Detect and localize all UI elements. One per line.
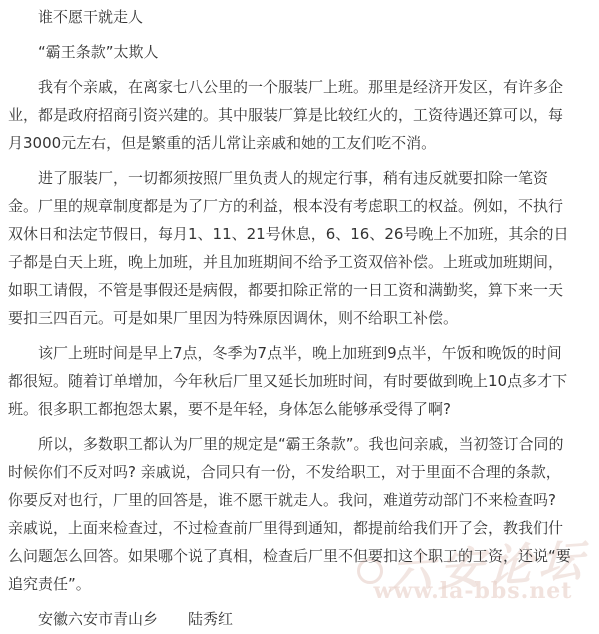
- paragraph-3: 该厂上班时间是早上7点，冬季为7点半，晚上加班到9点半，午饭和晚饭的时间都很短。…: [8, 339, 575, 423]
- article-subtitle: “霸王条款”太欺人: [8, 38, 575, 66]
- paragraph-4: 所以，多数职工都认为厂里的规定是“霸王条款”。我也问亲戚，当初签订合同的时候你们…: [8, 430, 575, 598]
- paragraph-2: 进了服装厂，一切都须按照厂里负责人的规定行事，稍有违反就要扣除一笔资金。厂里的规…: [8, 164, 575, 332]
- document-page: { "document": { "title": "谁不愿干就走人", "sub…: [0, 0, 599, 634]
- paragraph-1: 我有个亲戚，在离家七八公里的一个服装厂上班。那里是经济开发区，有许多企业，都是政…: [8, 73, 575, 157]
- author-signature: 安徽六安市青山乡 陆秀红: [8, 605, 575, 633]
- article-body: 谁不愿干就走人 “霸王条款”太欺人 我有个亲戚，在离家七八公里的一个服装厂上班。…: [0, 0, 599, 633]
- article-title: 谁不愿干就走人: [8, 3, 575, 31]
